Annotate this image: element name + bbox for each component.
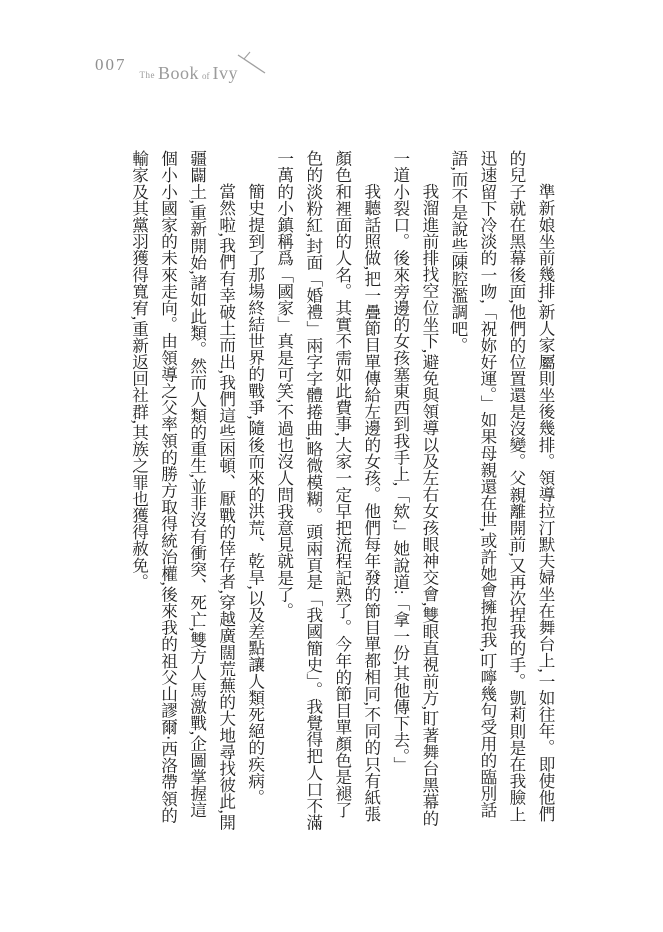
- book-title-the: The: [140, 65, 156, 85]
- paragraph: 簡史提到了那場終結世界的戰爭,隨後而來的洪荒、乾旱,以及差點讓人類死絕的疾病。: [241, 150, 270, 833]
- paragraph: 我溜進前排找空位坐下,避免與領導以及左右女孩眼神交會,雙眼直視前方,盯著舞台黑幕…: [386, 150, 444, 833]
- book-title-of: of: [202, 66, 210, 86]
- paragraph: 我聽話照做,把一疊節目單傳給左邊的女孩。他們每年發的節目單都相同,不同的只有紙張…: [270, 150, 386, 833]
- body-text: 準新娘坐前幾排,新人家屬則坐後幾排。領導拉汀默夫婦坐在舞台上,一如往年。即使他們…: [125, 150, 560, 833]
- ivy-vine-icon: [235, 51, 267, 81]
- page-number: 007: [95, 55, 127, 75]
- paragraph: 當然啦,我們有幸破土而出,我們這些困頓、厭戰的倖存者,穿越廣闊荒蕪的大地尋找彼此…: [125, 150, 241, 833]
- book-title: The Book of Ivy: [140, 55, 268, 86]
- running-header: 007 The Book of Ivy: [95, 55, 267, 86]
- book-page: { "header": { "page_number": "007", "tit…: [0, 0, 663, 932]
- book-title-book: Book: [158, 63, 199, 83]
- paragraph: 準新娘坐前幾排,新人家屬則坐後幾排。領導拉汀默夫婦坐在舞台上,一如往年。即使他們…: [444, 150, 560, 833]
